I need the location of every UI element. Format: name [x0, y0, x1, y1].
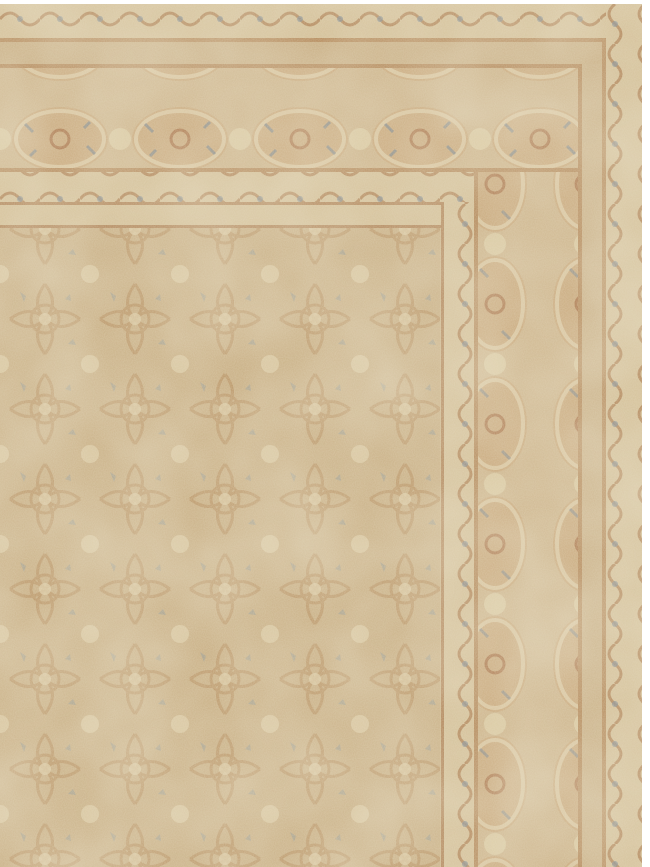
rug-pattern: [0, 4, 642, 867]
rug-photo: [0, 0, 650, 867]
rug: [0, 4, 642, 867]
